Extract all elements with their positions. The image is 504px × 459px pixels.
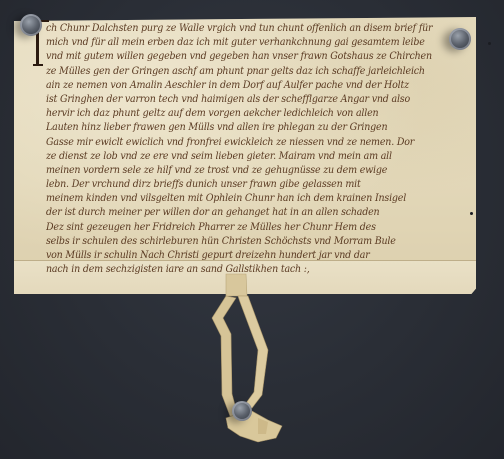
text-line: nach in dem sechzigisten iare an sand Ga… (46, 262, 458, 278)
glass-weight-icon (232, 401, 252, 421)
text-line: der ist durch meiner per willen dor an g… (46, 206, 458, 222)
glass-weight-icon (20, 14, 42, 36)
text-line: Gasse mir ewiclt ewiclich vnd fronfrei e… (46, 135, 458, 151)
charter-text: ch Chunr Dalchsten purg ze Walle vrgich … (46, 22, 458, 277)
dust-speck (470, 212, 473, 215)
text-line: vnd mit gutem willen gegeben vnd gegeben… (46, 50, 458, 66)
text-line: Lauten hinz lieber frawen gen Mülls vnd … (46, 121, 458, 137)
text-line: ze Mülles gen der Gringen aschf am phunt… (46, 64, 458, 80)
text-line: Dez sint gezeugen her Fridreich Pharrer … (46, 220, 458, 236)
text-line: ze dienst ze lob vnd ze ere vnd seim lie… (46, 149, 458, 165)
dust-speck (488, 42, 491, 45)
glass-weight-icon (449, 28, 471, 50)
